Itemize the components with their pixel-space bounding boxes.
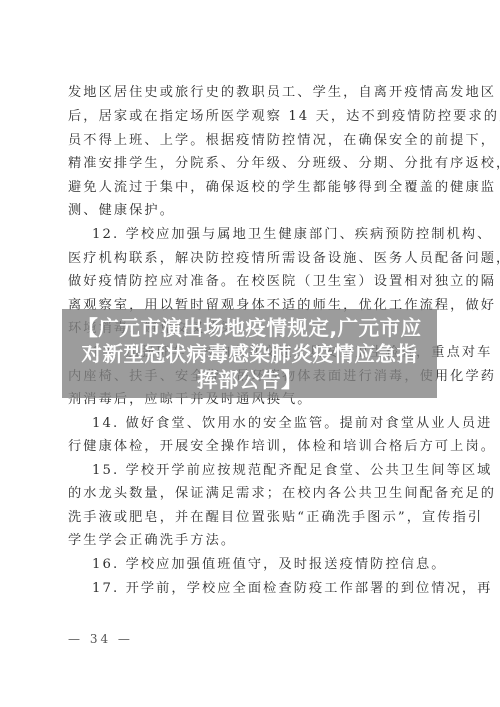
body-line: 学生学会正确洗手方法。 [68,533,434,549]
page-number: — 34 — [68,632,133,646]
overlay-title-line-1: 【广元市演出场地疫情规定,广元市应 [75,315,423,341]
body-line: 医疗机构联系，解决防控疫情所需设备设施、医务人员配备问题， [68,251,434,267]
overlay-title-line-3: 挥部公告】 [75,367,423,393]
paragraph-14-start: 14. 做好食堂、饮用水的安全监管。提前对食堂从业人员进 [92,416,434,432]
body-line: 发地区居住史或旅行史的教职员工、学生，自离开疫情高发地区 [68,85,434,101]
body-line: 行健康体检，开展安全操作培训，体检和培训合格后方可上岗。 [68,439,434,455]
paragraph-15-start: 15. 学校开学前应按规范配齐配足食堂、公共卫生间等区域 [92,463,434,479]
body-line: 员不得上班、上学。根据疫情防控情况，在确保安全的前提下， [68,133,434,149]
paragraph-17-start: 17. 开学前，学校应全面检查防疫工作部署的到位情况，再 [92,581,434,597]
paragraph-12-start: 12. 学校应加强与属地卫生健康部门、疾病预防控制机构、 [92,227,434,243]
body-line: 测、健康保护。 [68,203,434,219]
body-line: 后，居家或在指定场所医学观察 14 天，达不到疫情防控要求的人 [68,109,434,125]
body-line: 做好疫情防控应对准备。在校医院（卫生室）设置相对独立的隔 [68,274,434,290]
body-line: 精准安排学生，分院系、分年级、分班级、分期、分批有序返校， [68,156,434,172]
body-line: 的水龙头数量，保证满足需求；在校内各公共卫生间配备充足的 [68,486,434,502]
overlay-title-line-2: 对新型冠状病毒感染肺炎疫情应急指 [75,341,423,367]
body-line: 洗手液或肥皂，并在醒目位置张贴“正确洗手图示”，宣传指引 [68,510,434,526]
body-line: 避免人流过于集中，确保返校的学生都能够得到全覆盖的健康监 [68,180,434,196]
paragraph-16-start: 16. 学校应加强值班值守，及时报送疫情防控信息。 [92,557,434,573]
overlay-title: 【广元市演出场地疫情规定,广元市应 对新型冠状病毒感染肺炎疫情应急指 挥部公告】 [62,309,437,398]
